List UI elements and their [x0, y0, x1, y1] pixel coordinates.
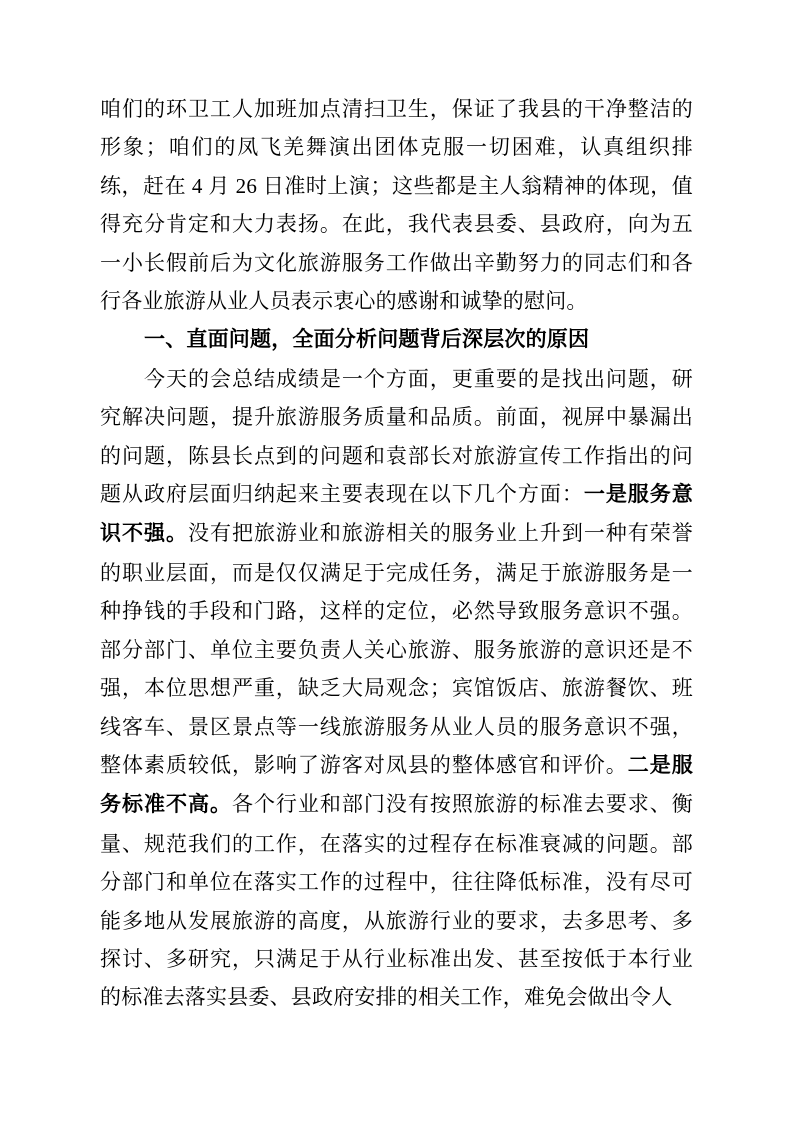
paragraph-body: 今天的会总结成绩是一个方面，更重要的是找出问题，研究解决问题，提升旅游服务质量和… [100, 360, 693, 1017]
section-heading-text: 一、直面问题，全面分析问题背后深层次的原因 [144, 328, 589, 351]
body-segment-point-two-text: 各个行业和部门没有按照旅游的标准去要求、衡量、规范我们的工作，在落实的过程存在标… [100, 792, 693, 1009]
document-page: 咱们的环卫工人加班加点清扫卫生，保证了我县的干净整洁的形象；咱们的凤飞羌舞演出团… [0, 0, 793, 1122]
body-segment-point-one-text: 没有把旅游业和旅游相关的服务业上升到一种有荣誉的职业层面，而是仅仅满足于完成任务… [100, 521, 693, 776]
section-heading: 一、直面问题，全面分析问题背后深层次的原因 [100, 320, 693, 359]
paragraph-continuation: 咱们的环卫工人加班加点清扫卫生，保证了我县的干净整洁的形象；咱们的凤飞羌舞演出团… [100, 90, 693, 320]
paragraph-continuation-text: 咱们的环卫工人加班加点清扫卫生，保证了我县的干净整洁的形象；咱们的凤飞羌舞演出团… [100, 97, 693, 313]
